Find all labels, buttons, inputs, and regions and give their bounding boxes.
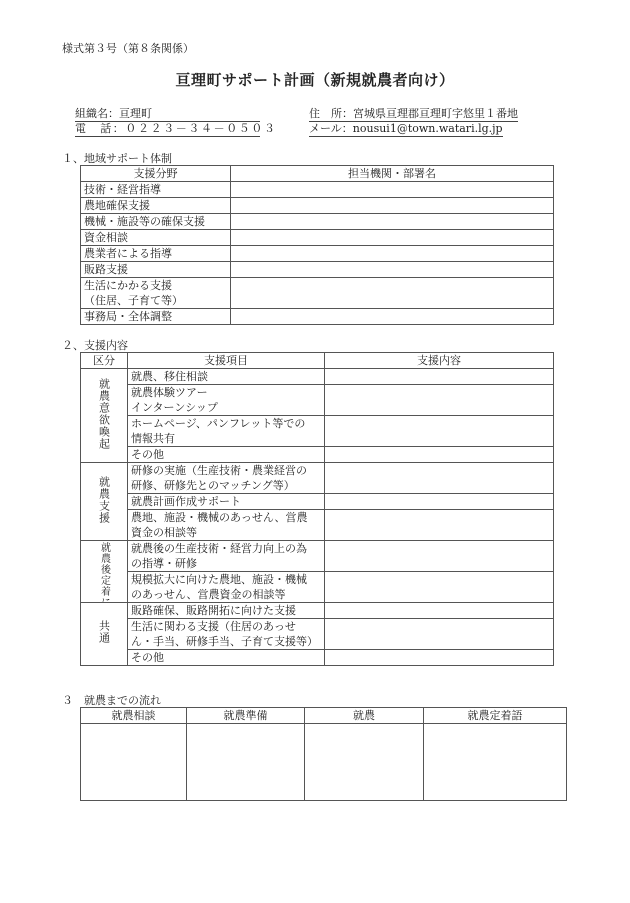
support-item-cell: 就農体験ツアーインターンシップ [128,385,325,416]
section3-title: ３ 就農までの流れ [62,692,161,708]
header-support-content: 支援内容 [325,353,554,369]
category-label: 共通 [98,620,111,644]
agency-cell[interactable] [231,182,554,198]
farming-flow-table: 就農相談 就農準備 就農 就農定着語 [80,707,567,801]
item-line1: 生活に関わる支援（住居のあっせ [131,619,321,634]
support-content-cell[interactable] [325,447,554,463]
support-content-cell[interactable] [325,510,554,541]
support-content-cell[interactable] [325,572,554,603]
section2-title: ２、支援内容 [62,337,128,353]
support-item-cell: 就農後の生産技術・経営力向上の為の指導・研修 [128,541,325,572]
form-number: 様式第３号（第８条関係） [62,40,194,56]
table-row: 農地、施設・機械のあっせん、営農資金の相談等 [81,510,554,541]
table-row: 就農後定着に向けた支援 就農後の生産技術・経営力向上の為の指導・研修 [81,541,554,572]
support-content-table: 区分 支援項目 支援内容 就農意欲喚起 就農、移住相談 就農体験ツアーインターン… [80,352,554,666]
header-support-item: 支援項目 [128,353,325,369]
item-line1: 農地、施設・機械のあっせん、営農 [131,510,321,525]
table-row: 共通 販路確保、販路開拓に向けた支援 [81,603,554,619]
header-farming: 就農 [305,708,424,724]
header-consultation: 就農相談 [81,708,187,724]
item-line2: ん・手当、研修手当、子育て支援等） [131,634,321,649]
category-cell: 就農意欲喚起 [81,369,128,463]
table-row: その他 [81,650,554,666]
support-item-cell: 就農計画作成サポート [128,494,325,510]
category-label: 就農後定着に向けた支援 [99,542,110,598]
table-row: 生活に関わる支援（住居のあっせん・手当、研修手当、子育て支援等） [81,619,554,650]
table-row: 就農意欲喚起 就農、移住相談 [81,369,554,385]
regional-support-table: 支援分野 担当機関・部署名 技術・経営指導 農地確保支援 機械・施設等の確保支援… [80,165,554,325]
item-line2: 情報共有 [131,431,321,446]
item-line2: インターンシップ [131,400,321,415]
category-cell: 就農後定着に向けた支援 [81,541,128,603]
category-label: 就農意欲喚起 [98,378,111,450]
page-title: 亘理町サポート計画（新規就農者向け） [0,69,630,90]
table-row: 農地確保支援 [81,198,554,214]
table-row: 生活にかかる支援 （住居、子育て等） [81,278,554,309]
table-row: ホームページ、パンフレット等での情報共有 [81,416,554,447]
support-field-cell: 農地確保支援 [81,198,231,214]
item-line2: 研修、研修先とのマッチング等） [131,478,321,493]
table-header-row: 支援分野 担当機関・部署名 [81,166,554,182]
table-row: 資金相談 [81,230,554,246]
settlement-cell[interactable] [424,724,567,801]
support-field-cell: 農業者による指導 [81,246,231,262]
agency-cell[interactable] [231,262,554,278]
support-field-cell: 技術・経営指導 [81,182,231,198]
support-content-cell[interactable] [325,463,554,494]
agency-cell[interactable] [231,230,554,246]
support-content-cell[interactable] [325,650,554,666]
support-content-cell[interactable] [325,385,554,416]
item-line1: 研修の実施（生産技術・農業経営の [131,463,321,478]
category-cell: 就農支援 [81,463,128,541]
support-item-cell: その他 [128,447,325,463]
item-line1: 就農後の生産技術・経営力向上の為 [131,541,321,556]
support-field-line1: 生活にかかる支援 [84,278,227,293]
item-line2: の指導・研修 [131,556,321,571]
support-item-cell: 研修の実施（生産技術・農業経営の研修、研修先とのマッチング等） [128,463,325,494]
support-content-cell[interactable] [325,603,554,619]
table-row: 機械・施設等の確保支援 [81,214,554,230]
agency-cell[interactable] [231,214,554,230]
support-item-cell: ホームページ、パンフレット等での情報共有 [128,416,325,447]
preparation-cell[interactable] [187,724,305,801]
item-line1: 規模拡大に向けた農地、施設・機械 [131,572,321,587]
table-row: 規模拡大に向けた農地、施設・機械のあっせん、営農資金の相談等 [81,572,554,603]
phone-field: 電 話：０２２３－３４－０５０３ [75,122,260,137]
section1-title: １、地域サポート体制 [62,150,172,166]
header-preparation: 就農準備 [187,708,305,724]
support-field-cell: 事務局・全体調整 [81,309,231,325]
support-field-cell: 生活にかかる支援 （住居、子育て等） [81,278,231,309]
table-row: 農業者による指導 [81,246,554,262]
table-header-row: 区分 支援項目 支援内容 [81,353,554,369]
item-line2: のあっせん、営農資金の相談等 [131,587,321,602]
support-item-cell: 販路確保、販路開拓に向けた支援 [128,603,325,619]
table-row: その他 [81,447,554,463]
support-content-cell[interactable] [325,369,554,385]
consultation-cell[interactable] [81,724,187,801]
support-field-cell: 機械・施設等の確保支援 [81,214,231,230]
support-field-cell: 資金相談 [81,230,231,246]
category-label: 就農支援 [98,476,111,524]
agency-cell[interactable] [231,278,554,309]
table-row: 就農体験ツアーインターンシップ [81,385,554,416]
item-line1: 就農体験ツアー [131,385,321,400]
farming-cell[interactable] [305,724,424,801]
support-content-cell[interactable] [325,619,554,650]
address-field: 住 所：宮城県亘理郡亘理町字悠里１番地 [309,107,518,122]
header-settlement: 就農定着語 [424,708,567,724]
table-row: 事務局・全体調整 [81,309,554,325]
support-content-cell[interactable] [325,416,554,447]
support-item-cell: 農地、施設・機械のあっせん、営農資金の相談等 [128,510,325,541]
email-field: メール：nousui1@town.watari.lg.jp [309,122,503,137]
item-line2: 資金の相談等 [131,525,321,540]
category-cell: 共通 [81,603,128,666]
table-row: 販路支援 [81,262,554,278]
header-category: 区分 [81,353,128,369]
support-item-cell: 生活に関わる支援（住居のあっせん・手当、研修手当、子育て支援等） [128,619,325,650]
table-header-row: 就農相談 就農準備 就農 就農定着語 [81,708,567,724]
agency-cell[interactable] [231,309,554,325]
support-item-cell: 規模拡大に向けた農地、施設・機械のあっせん、営農資金の相談等 [128,572,325,603]
support-item-cell: 就農、移住相談 [128,369,325,385]
organization-field: 組織名：亘理町 [75,107,260,122]
table-row: 就農支援 研修の実施（生産技術・農業経営の研修、研修先とのマッチング等） [81,463,554,494]
header-agency: 担当機関・部署名 [231,166,554,182]
header-support-field: 支援分野 [81,166,231,182]
table-row [81,724,567,801]
support-content-cell[interactable] [325,541,554,572]
item-line1: ホームページ、パンフレット等での [131,416,321,431]
table-row: 就農計画作成サポート [81,494,554,510]
support-content-cell[interactable] [325,494,554,510]
table-row: 技術・経営指導 [81,182,554,198]
support-item-cell: その他 [128,650,325,666]
agency-cell[interactable] [231,198,554,214]
support-field-cell: 販路支援 [81,262,231,278]
support-field-line2: （住居、子育て等） [84,293,227,308]
agency-cell[interactable] [231,246,554,262]
